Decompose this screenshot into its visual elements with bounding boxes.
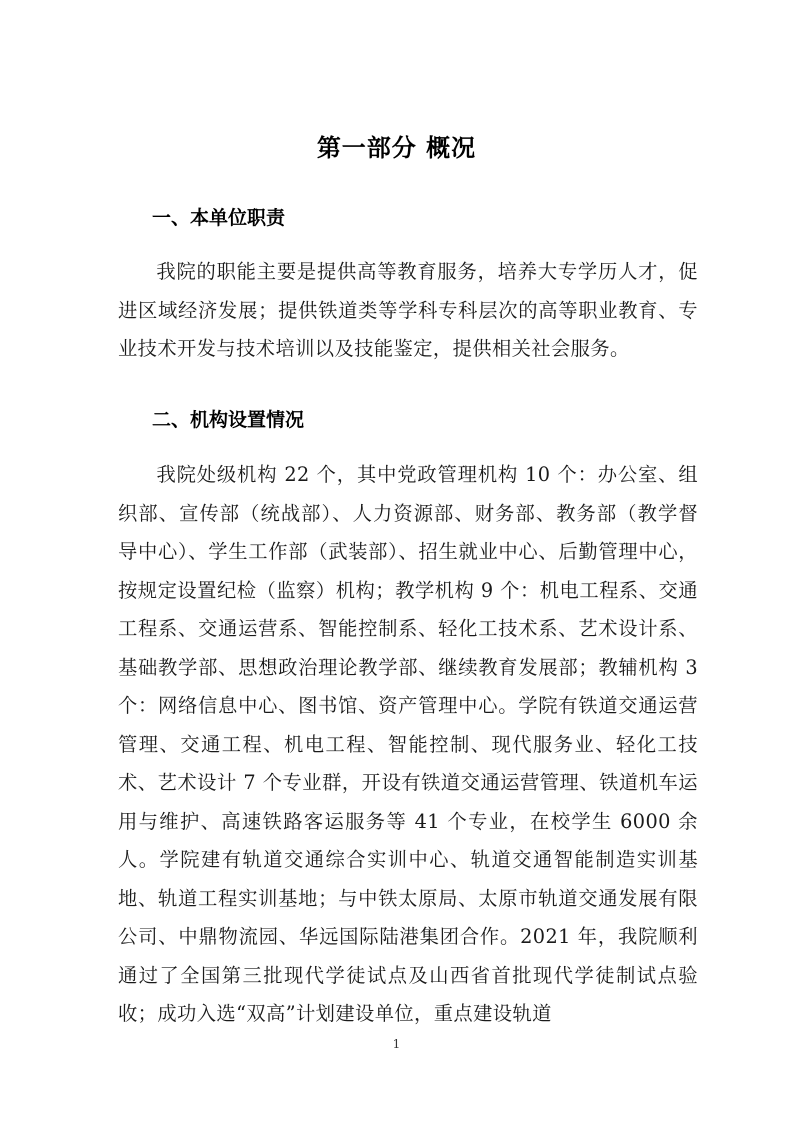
section-heading-duties: 一、本单位职责 [152,203,285,230]
page-number: 1 [0,1037,793,1051]
document-page: 第一部分 概况 一、本单位职责 我院的职能主要是提供高等教育服务，培养大专学历人… [0,0,793,1122]
section-heading-organization: 二、机构设置情况 [152,405,304,432]
paragraph-text: 我院的职能主要是提供高等教育服务，培养大专学历人才，促进区域经济发展；提供铁道类… [118,260,698,360]
paragraph-organization: 我院处级机构 22 个，其中党政管理机构 10 个：办公室、组织部、宣传部（统战… [118,456,698,1034]
page-title: 第一部分 概况 [0,128,793,163]
paragraph-duties: 我院的职能主要是提供高等教育服务，培养大专学历人才，促进区域经济发展；提供铁道类… [118,253,698,369]
paragraph-text: 我院处级机构 22 个，其中党政管理机构 10 个：办公室、组织部、宣传部（统战… [118,463,698,1025]
